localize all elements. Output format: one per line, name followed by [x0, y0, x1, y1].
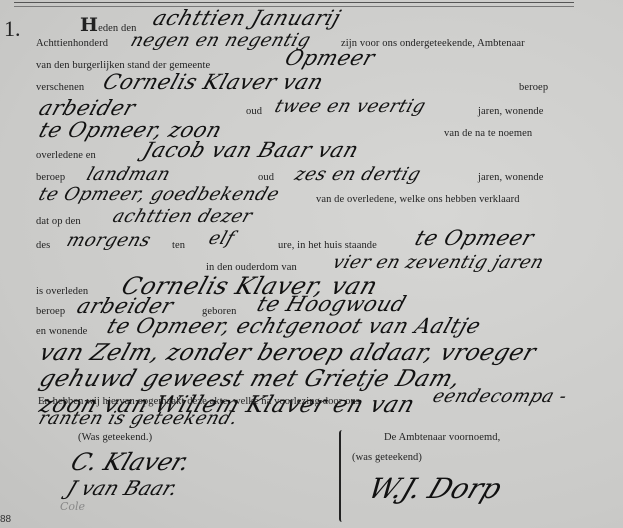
- printed-occupation-2: beroep: [36, 172, 65, 183]
- handwritten-date-death: achttien dezer: [110, 206, 255, 227]
- handwritten-hour: elf: [206, 228, 237, 249]
- printed-closing: En hebben wij hiervan opgemaakt deze akt…: [38, 396, 360, 407]
- printed-occupation: beroep: [519, 82, 548, 93]
- drop-initial: H: [80, 14, 98, 36]
- printed-heden: Heden den: [80, 14, 136, 36]
- printed-des: des: [36, 240, 50, 251]
- printed-on-the: dat op den: [36, 216, 81, 227]
- printed-appeared: verschenen: [36, 82, 84, 93]
- handwritten-age-1: twee en veertig: [272, 96, 429, 117]
- label-official-named: De Ambtenaar voornoemd,: [384, 432, 500, 443]
- handwritten-occupation-1: arbeider: [36, 96, 139, 120]
- signature-c-klaver: C. Klaver.: [67, 448, 194, 476]
- handwritten-age-2: zes en dertig: [292, 164, 424, 185]
- printed-occupation-3: beroep: [36, 306, 65, 317]
- handwritten-morning: morgens: [64, 230, 154, 251]
- handwritten-birthplace: te Hoogwoud: [254, 292, 409, 316]
- handwritten-residence-spouse: te Opmeer, echtgenoot van Aaltje: [104, 314, 484, 338]
- printed-age-2: oud: [258, 172, 274, 183]
- signature-divider-brace: [339, 430, 345, 522]
- printed-age: oud: [246, 106, 262, 117]
- printed-ten: ten: [172, 240, 185, 251]
- printed-deceased-and: overledene en: [36, 150, 96, 161]
- handwritten-year: negen en negentig: [128, 30, 314, 51]
- label-was-signed-right: (was geteekend): [352, 452, 422, 463]
- signature-j-van-baar: J van Baar.: [64, 476, 182, 500]
- label-was-signed-left: (Was geteekend.): [78, 432, 152, 443]
- handwritten-closing-1: eendecompa -: [430, 386, 570, 407]
- printed-house: ure, in het huis staande: [278, 240, 377, 251]
- signature-official: W.J. Dorp: [364, 472, 506, 505]
- certificate-page: 1. Heden den achttien Januarij Achttienh…: [0, 0, 623, 528]
- handwritten-municipality: Opmeer: [282, 46, 378, 70]
- printed-years-residing: jaren, wonende: [478, 106, 544, 117]
- page-number: 88: [0, 514, 11, 525]
- handwritten-declarant-2: Jacob van Baar van: [140, 138, 362, 162]
- handwritten-continuation-1: van Zelm, zonder beroep aldaar, vroeger: [36, 340, 539, 366]
- handwritten-closing-2: ranten is geteekend.: [36, 408, 241, 429]
- handwritten-date: achttien Januarij: [150, 6, 344, 30]
- handwritten-declarant-1: Cornelis Klaver van: [100, 70, 327, 94]
- printed-residing: en wonende: [36, 326, 87, 337]
- handwritten-residence-2: te Opmeer, goedbekende: [36, 184, 282, 205]
- handwritten-occupation-2: landman: [84, 164, 173, 185]
- printed-declared: van de overledene, welke ons hebben verk…: [316, 194, 520, 205]
- printed-year-prefix: Achttienhonderd: [36, 38, 108, 49]
- margin-number: 1.: [4, 16, 21, 42]
- printed-years-residing-2: jaren, wonende: [478, 172, 544, 183]
- handwritten-age-deceased: vier en zeventig jaren: [330, 252, 547, 273]
- pencil-note: Cole: [60, 500, 85, 513]
- handwritten-continuation-2: gehuwd geweest met Grietje Dam,: [36, 366, 464, 392]
- printed-relation: van de na te noemen: [444, 128, 532, 139]
- handwritten-place-death: te Opmeer: [412, 226, 537, 250]
